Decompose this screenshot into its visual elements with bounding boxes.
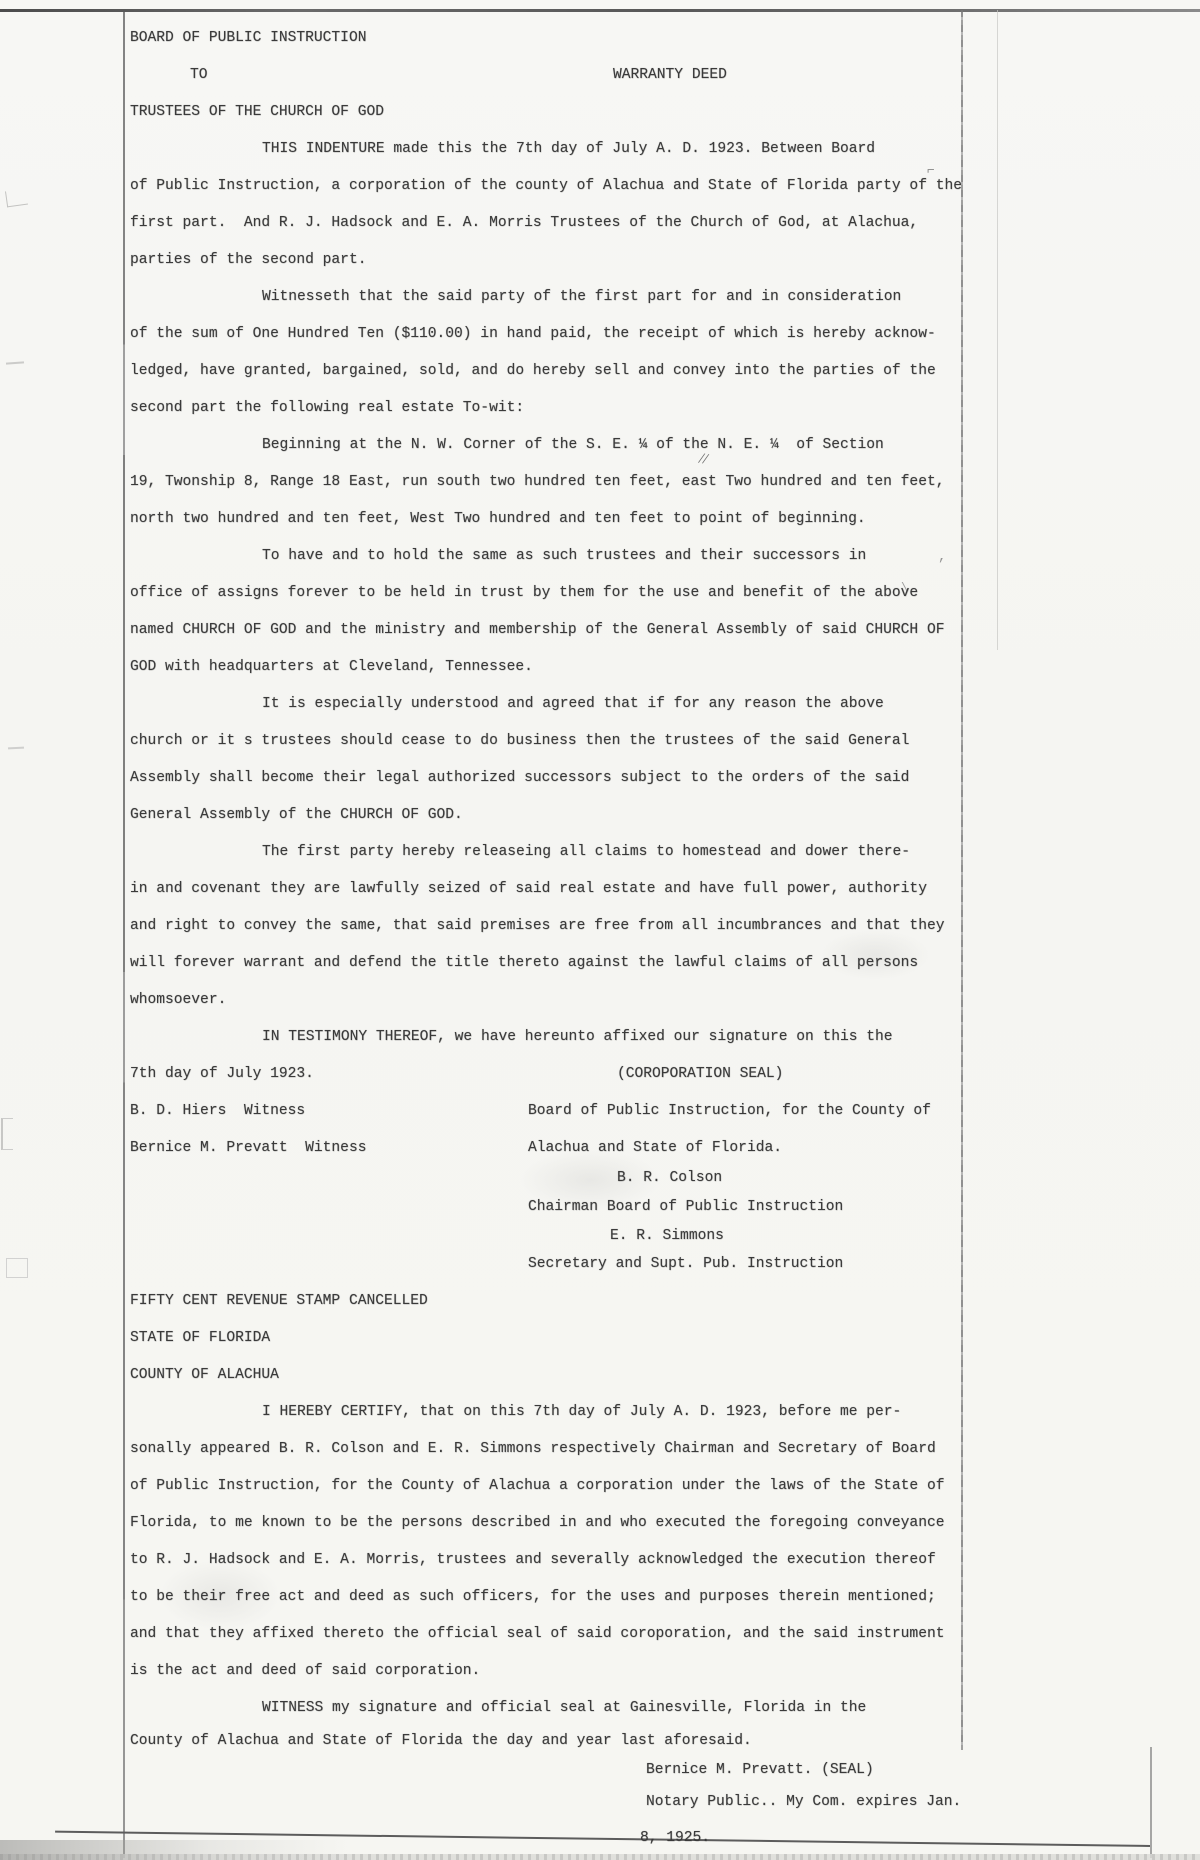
doc-line-body: ledged, have granted, bargained, sold, a… <box>130 353 970 390</box>
doc-line-notary-certificate: is the act and deed of said corporation. <box>130 1653 970 1690</box>
deed-text: BOARD OF PUBLIC INSTRUCTIONTOWARRANTY DE… <box>130 20 970 1857</box>
doc-line-body: and right to convey the same, that said … <box>130 908 970 945</box>
doc-line-body: To have and to hold the same as such tru… <box>130 538 970 575</box>
bottom-right-edge-rule <box>1150 1747 1152 1858</box>
doc-line-notary-certificate: WITNESS my signature and official seal a… <box>130 1690 970 1727</box>
doc-line-body: Witnesseth that the said party of the fi… <box>130 279 970 316</box>
doc-line-body: The first party hereby releaseing all cl… <box>130 834 970 871</box>
pencil-bracket-mark <box>5 189 28 208</box>
doc-line-body: will forever warrant and defend the titl… <box>130 945 970 982</box>
doc-line-testimony: IN TESTIMONY THEREOF, we have hereunto a… <box>130 1019 970 1056</box>
doc-line-notary-certificate: of Public Instruction, for the County of… <box>130 1468 970 1505</box>
doc-line-notary-certificate: and that they affixed thereto the offici… <box>130 1616 970 1653</box>
pencil-bracket-mark <box>1 1118 13 1150</box>
doc-line-body: 19, Twonship 8, Range 18 East, run south… <box>130 464 970 501</box>
doc-line-body: parties of the second part. <box>130 242 970 279</box>
doc-line-notary-certificate: to R. J. Hadsock and E. A. Morris, trust… <box>130 1542 970 1579</box>
doc-line-notary-certificate: sonally appeared B. R. Colson and E. R. … <box>130 1431 970 1468</box>
doc-line-revenue-and-venue: FIFTY CENT REVENUE STAMP CANCELLED <box>130 1283 970 1320</box>
doc-line-body: Beginning at the N. W. Corner of the S. … <box>130 427 970 464</box>
doc-line-revenue-and-venue: COUNTY OF ALACHUA <box>130 1357 970 1394</box>
doc-line-right-text: (COROPORATION SEAL) <box>617 1056 783 1093</box>
doc-line-body: office of assigns forever to be held in … <box>130 575 970 612</box>
pencil-dash-mark <box>8 747 24 750</box>
doc-line-body: named CHURCH OF GOD and the ministry and… <box>130 612 970 649</box>
doc-line-notary-signature: Notary Public.. My Com. expires Jan. <box>130 1785 970 1820</box>
doc-line-notary-certificate: I HEREBY CERTIFY, that on this 7th day o… <box>130 1394 970 1431</box>
doc-line-body: It is especially understood and agreed t… <box>130 686 970 723</box>
doc-line-body: second part the following real estate To… <box>130 390 970 427</box>
left-margin-rule <box>123 12 125 1858</box>
doc-line-notary-signature: 8, 1925. <box>130 1820 970 1857</box>
doc-line-caption: BOARD OF PUBLIC INSTRUCTION <box>130 20 970 57</box>
doc-line-right-text: WARRANTY DEED <box>613 57 727 94</box>
doc-line-notary-certificate: to be their free act and deed as such of… <box>130 1579 970 1616</box>
doc-line-body: north two hundred and ten feet, West Two… <box>130 501 970 538</box>
doc-line-body: first part. And R. J. Hadsock and E. A. … <box>130 205 970 242</box>
doc-line-testimony: Chairman Board of Public Instruction <box>130 1189 970 1226</box>
doc-line-body: GOD with headquarters at Cleveland, Tenn… <box>130 649 970 686</box>
doc-line-right-text: Board of Public Instruction, for the Cou… <box>528 1093 931 1130</box>
doc-line-right-text: Alachua and State of Florida. <box>528 1130 782 1167</box>
doc-line-notary-certificate: County of Alachua and State of Florida t… <box>130 1727 970 1755</box>
doc-line-body: THIS INDENTURE made this the 7th day of … <box>130 131 970 168</box>
doc-line-testimony: Bernice M. Prevatt WitnessAlachua and St… <box>130 1130 970 1167</box>
pencil-box-mark <box>6 1258 28 1278</box>
doc-line-testimony: 7th day of July 1923.(COROPORATION SEAL) <box>130 1056 970 1093</box>
doc-line-body: Assembly shall become their legal author… <box>130 760 970 797</box>
pencil-dash-mark <box>6 361 24 364</box>
scan-top-edge-line <box>0 9 1200 12</box>
doc-line-testimony: B. R. Colson <box>130 1167 970 1189</box>
doc-line-revenue-and-venue: STATE OF FLORIDA <box>130 1320 970 1357</box>
doc-line-testimony: E. R. Simmons <box>130 1226 970 1246</box>
doc-line-body: of Public Instruction, a corporation of … <box>130 168 970 205</box>
doc-line-body: General Assembly of the CHURCH OF GOD. <box>130 797 970 834</box>
doc-line-body: in and covenant they are lawfully seized… <box>130 871 970 908</box>
doc-line-caption: TOWARRANTY DEED <box>130 57 970 94</box>
doc-line-body: of the sum of One Hundred Ten ($110.00) … <box>130 316 970 353</box>
doc-line-notary-certificate: Florida, to me known to be the persons d… <box>130 1505 970 1542</box>
document-page: ∕∕ ⌐ \ , BOARD OF PUBLIC INSTRUCTIONTOWA… <box>0 0 1200 1860</box>
right-border-rule-faint <box>997 10 998 650</box>
doc-line-body: church or it s trustees should cease to … <box>130 723 970 760</box>
doc-line-notary-signature: Bernice M. Prevatt. (SEAL) <box>130 1755 970 1785</box>
doc-line-testimony: B. D. Hiers WitnessBoard of Public Instr… <box>130 1093 970 1130</box>
doc-line-testimony: Secretary and Supt. Pub. Instruction <box>130 1246 970 1283</box>
doc-line-body: whomsoever. <box>130 982 970 1019</box>
doc-line-caption: TRUSTEES OF THE CHURCH OF GOD <box>130 94 970 131</box>
